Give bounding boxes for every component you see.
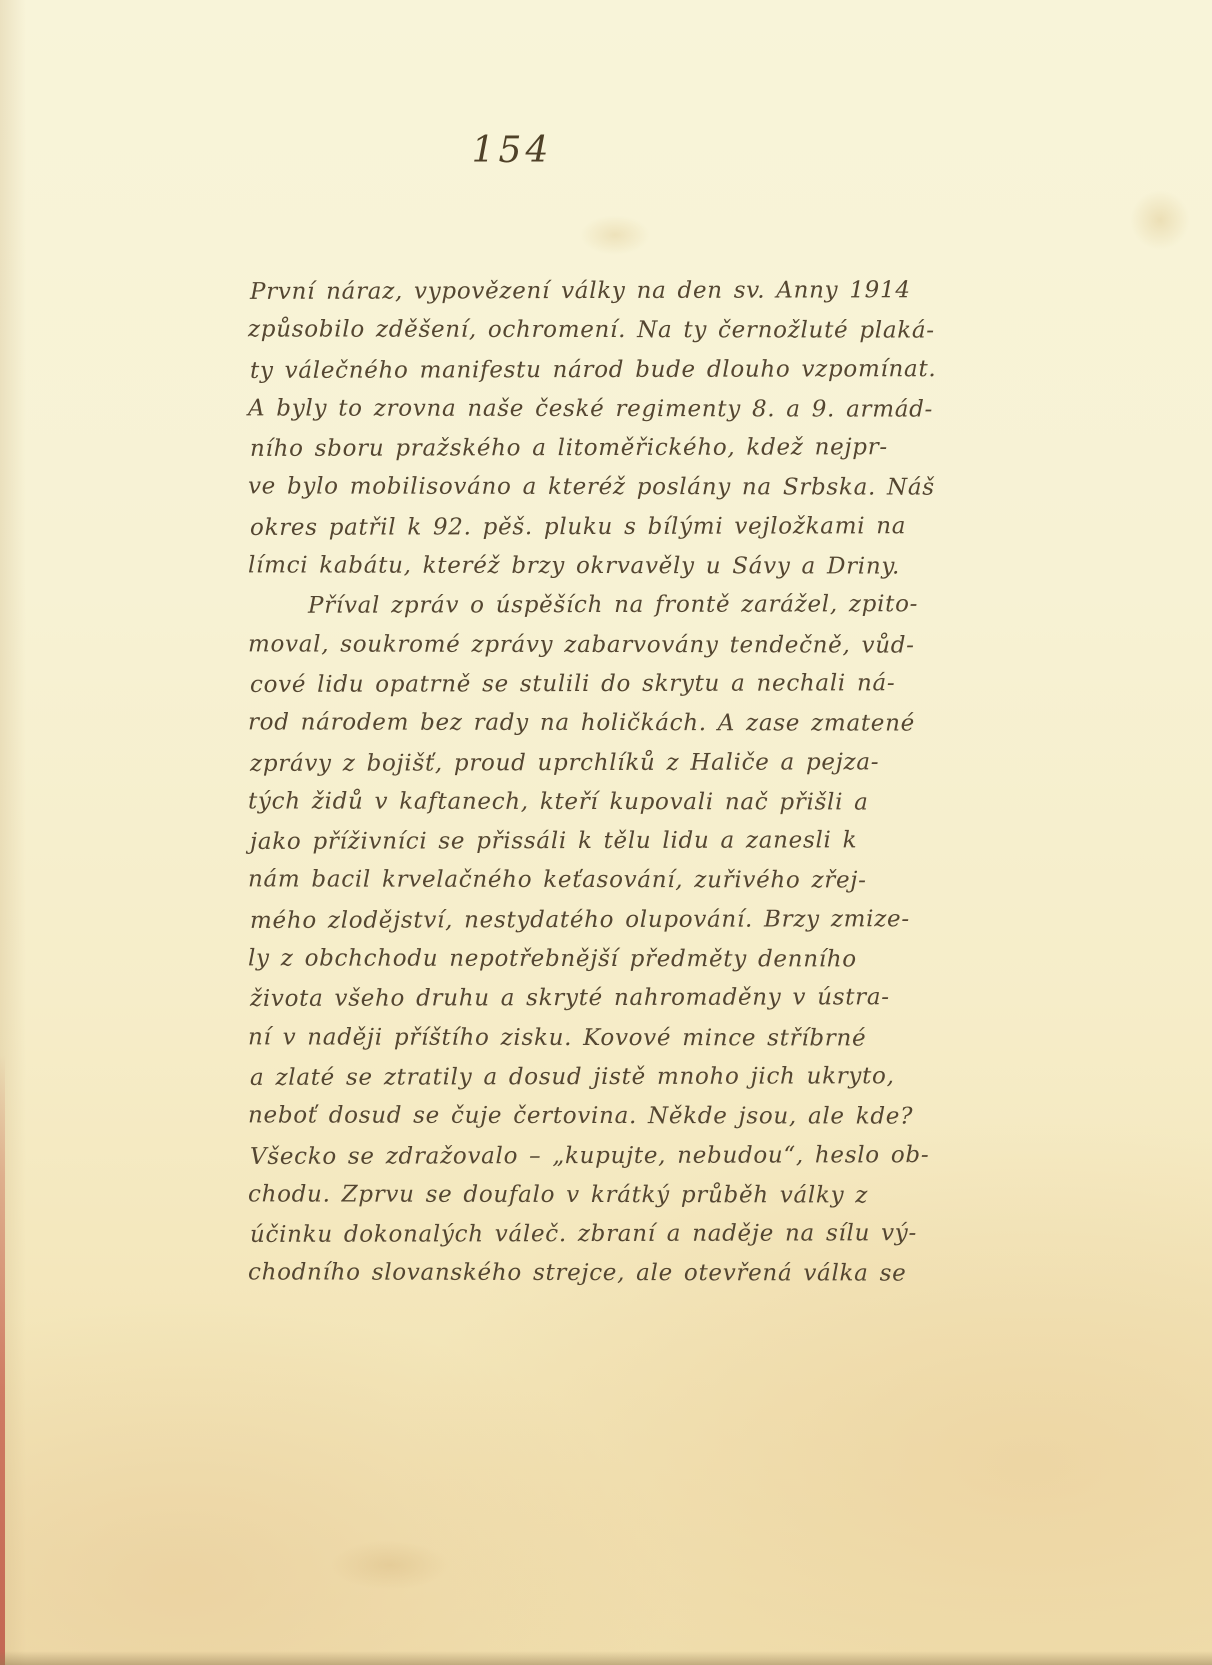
manuscript-line: ly z obchchodu nepotřebnější předměty de… (248, 939, 938, 980)
manuscript-line: ní v naději příštího zisku. Kovové mince… (248, 1018, 938, 1059)
page-edge-red-stripe (0, 1055, 5, 1665)
manuscript-line: ty válečného manifestu národ bude dlouho… (250, 350, 940, 391)
manuscript-line: chodu. Zprvu se doufalo v krátký průběh … (248, 1175, 938, 1216)
manuscript-line: Příval zpráv o úspěších na frontě zaráže… (250, 585, 940, 626)
manuscript-line: života všeho druhu a skryté nahromaděny … (250, 978, 940, 1019)
manuscript-line: zprávy z bojišť, proud uprchlíků z Halič… (250, 743, 940, 784)
manuscript-line: účinku dokonalých váleč. zbraní a naděje… (250, 1214, 940, 1255)
manuscript-line: mého zlodějství, nestydatého olupování. … (250, 900, 940, 941)
manuscript-line: ve bylo mobilisováno a kteréž poslány na… (248, 468, 938, 509)
manuscript-line: cové lidu opatrně se stulili do skrytu a… (250, 664, 940, 705)
manuscript-line: jako příživníci se přissáli k tělu lidu … (250, 821, 940, 862)
manuscript-line: tých židů v kaftanech, kteří kupovali na… (248, 782, 938, 823)
manuscript-line: a zlaté se ztratily a dosud jistě mnoho … (250, 1057, 940, 1098)
page-number: 154 (452, 130, 572, 171)
manuscript-line: neboť dosud se čuje čertovina. Někde jso… (248, 1097, 938, 1138)
manuscript-line: chodního slovanského strejce, ale otevře… (248, 1254, 938, 1295)
page-bottom-shadow (0, 1651, 1212, 1665)
manuscript-line: První náraz, vypovězení války na den sv.… (250, 271, 940, 312)
manuscript-line: Všecko se zdražovalo – „kupujte, nebudou… (250, 1136, 940, 1177)
manuscript-line: okres patřil k 92. pěš. pluku s bílými v… (250, 507, 940, 548)
manuscript-line: A byly to zrovna naše české regimenty 8.… (248, 389, 938, 430)
manuscript-line: rod národem bez rady na holičkách. A zas… (248, 704, 938, 745)
manuscript-line: ního sboru pražského a litoměřického, kd… (250, 428, 940, 469)
manuscript-line: nám bacil krvelačného keťasování, zuřivé… (248, 861, 938, 902)
manuscript-line: moval, soukromé zprávy zabarvovány tende… (248, 625, 938, 666)
manuscript-line: způsobilo zděšení, ochromení. Na ty čern… (248, 311, 938, 352)
manuscript-text: První náraz, vypovězení války na den sv.… (249, 272, 939, 1294)
manuscript-line: límci kabátu, kteréž brzy okrvavěly u Sá… (248, 546, 938, 587)
